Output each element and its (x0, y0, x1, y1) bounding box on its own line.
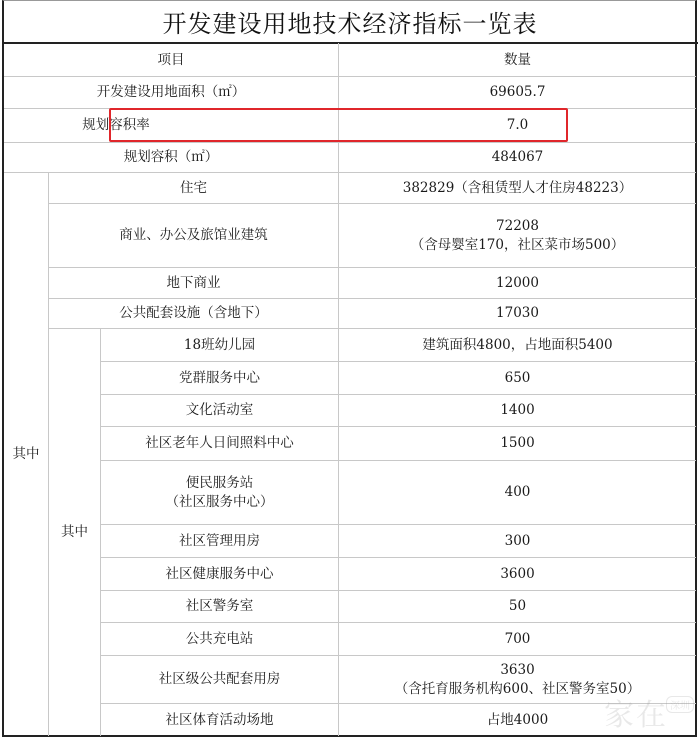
row-label-elderly-daycare: 社区老年人日间照料中心 (101, 426, 338, 460)
row-value-convenience-station: 400 (339, 460, 696, 524)
row-label-underground-commercial: 地下商业 (49, 267, 338, 298)
row-value-party-service-center: 650 (339, 361, 696, 394)
row-label-charging-station: 公共充电站 (101, 622, 338, 655)
row-value-commercial: 72208 （含母婴室170，社区菜市场500） (339, 203, 696, 267)
row-value-charging-station: 700 (339, 622, 696, 655)
row-label-cultural-room: 文化活动室 (101, 394, 338, 426)
row-value-kindergarten: 建筑面积4800，占地面积5400 (339, 328, 696, 361)
table-title: 开发建设用地技术经济指标一览表 (4, 0, 696, 42)
row-value-planned-gfa: 484067 (339, 142, 696, 172)
row-value-community-facility-rooms: 3630 （含托育服务机构600、社区警务室50） (339, 655, 696, 703)
row-value-health-center: 3600 (339, 557, 696, 590)
header-quantity: 数量 (339, 44, 696, 76)
convenience-station-label: 便民服务站 (186, 474, 254, 493)
indicator-table: 开发建设用地技术经济指标一览表 项目 数量 开发建设用地面积（㎡） 69605.… (0, 0, 700, 741)
row-label-police-room: 社区警务室 (101, 590, 338, 622)
commercial-value-note: （含母婴室170，社区菜市场500） (411, 236, 625, 255)
row-label-residential: 住宅 (49, 172, 338, 203)
row-value-far: 7.0 (339, 108, 696, 142)
row-label-party-service-center: 党群服务中心 (101, 361, 338, 394)
row-value-elderly-daycare: 1500 (339, 426, 696, 460)
header-item: 项目 (4, 44, 338, 76)
commercial-value: 72208 (496, 217, 539, 236)
row-label-health-center: 社区健康服务中心 (101, 557, 338, 590)
row-label-commercial: 商业、办公及旅馆业建筑 (49, 203, 338, 267)
community-facility-value-note: （含托育服务机构600、社区警务室50） (395, 680, 640, 699)
row-label-community-management: 社区管理用房 (101, 524, 338, 557)
column-divider-outer-group (48, 172, 49, 736)
column-divider-inner-group (100, 328, 101, 736)
row-value-cultural-room: 1400 (339, 394, 696, 426)
row-label-community-facility-rooms: 社区级公共配套用房 (101, 655, 338, 703)
community-facility-value: 3630 (500, 661, 534, 680)
row-value-residential: 382829（含租赁型人才住房48223） (339, 172, 696, 203)
row-label-far: 规划容积率 (4, 108, 338, 142)
row-value-public-facilities: 17030 (339, 298, 696, 328)
row-value-underground-commercial: 12000 (339, 267, 696, 298)
row-label-kindergarten: 18班幼儿园 (101, 328, 338, 361)
row-value-land-area: 69605.7 (339, 76, 696, 108)
row-value-police-room: 50 (339, 590, 696, 622)
row-value-sports-ground: 占地4000 (339, 703, 696, 736)
row-label-planned-gfa: 规划容积（㎡） (4, 142, 338, 172)
row-label-public-facilities: 公共配套设施（含地下） (49, 298, 338, 328)
row-label-land-area: 开发建设用地面积（㎡） (4, 76, 338, 108)
row-label-convenience-station: 便民服务站 （社区服务中心） (101, 460, 338, 524)
group-label-outer: 其中 (4, 172, 48, 736)
group-label-inner: 其中 (49, 328, 100, 736)
column-divider-main (338, 43, 339, 736)
row-label-sports-ground: 社区体育活动场地 (101, 703, 338, 736)
row-value-community-management: 300 (339, 524, 696, 557)
convenience-station-note: （社区服务中心） (166, 493, 274, 512)
